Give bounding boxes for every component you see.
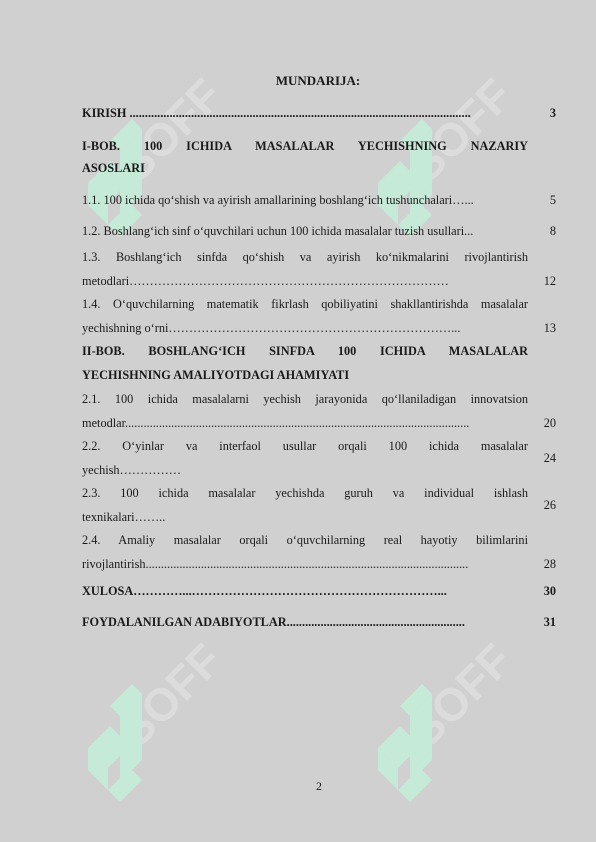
toc-entry-s2-1-line-2[interactable]: metodlar................................… — [82, 412, 528, 435]
toc-page-s1-3: 12 — [526, 274, 556, 289]
toc-entry-bob1-line-2[interactable]: ASOSLARI — [82, 157, 528, 180]
toc-entry-s1-4-line-1[interactable]: 1.4. O‘quvchilarning matematik fikrlash … — [82, 293, 528, 316]
toc-entry-s2-2-line-1[interactable]: 2.2. O‘yinlar va interfaol usullar orqal… — [82, 435, 528, 458]
toc-page-s2-1: 20 — [526, 416, 556, 431]
toc-entry-s1-3-line-1[interactable]: 1.3. Boshlang‘ich sinfda qo‘shish va ayi… — [82, 246, 528, 269]
toc-page-kirish: 3 — [526, 106, 556, 121]
toc-page-s2-2: 24 — [526, 451, 556, 466]
toc-entry-bob2-line-2[interactable]: YECHISHNING AMALIYOTDAGI AHAMIYATI — [82, 364, 528, 387]
toc-page-adabiyot: 31 — [526, 615, 556, 630]
toc-entry-s2-3-line-1[interactable]: 2.3. 100 ichida masalalar yechishda guru… — [82, 482, 528, 505]
toc-entry-s2-1-line-1[interactable]: 2.1. 100 ichida masalalarni yechish jara… — [82, 388, 528, 411]
toc-entry-s1-4-line-2[interactable]: yechishning o‘rni……………………………………………………………… — [82, 317, 528, 340]
toc-entry-s2-3-line-2[interactable]: texnikalari…….. — [82, 506, 528, 529]
toc-page-s2-3: 26 — [526, 498, 556, 513]
toc-entry-s1-2[interactable]: 1.2. Boshlang‘ich sinf o‘quvchilari uchu… — [82, 220, 528, 243]
toc-entry-xulosa[interactable]: XULOSA…………...……………………………………………………... — [82, 580, 528, 603]
toc-entry-s2-2-line-2[interactable]: yechish…………… — [82, 459, 528, 482]
toc-entry-kirish[interactable]: KIRISH .................................… — [82, 102, 528, 125]
toc-page-xulosa: 30 — [526, 584, 556, 599]
toc-entry-s1-3-line-2[interactable]: metodlari…………………………………………………………………… — [82, 270, 528, 293]
toc-page-s1-1: 5 — [526, 193, 556, 208]
toc-entry-adabiyot[interactable]: FOYDALANILGAN ADABIYOTLAR...............… — [82, 611, 528, 634]
toc-page-s1-4: 13 — [526, 321, 556, 336]
toc-page-s1-2: 8 — [526, 224, 556, 239]
toc-entry-s2-4-line-2[interactable]: rivojlantirish..........................… — [82, 553, 528, 576]
toc-entry-s1-1[interactable]: 1.1. 100 ichida qo‘shish va ayirish amal… — [82, 189, 528, 212]
toc-entry-s2-4-line-1[interactable]: 2.4. Amaliy masalalar orqali o‘quvchilar… — [82, 529, 528, 552]
svg-text:SOFF: SOFF — [398, 634, 522, 758]
svg-text:SOFF: SOFF — [108, 634, 232, 758]
toc-entry-bob2-line-1[interactable]: II-BOB. BOSHLANG‘ICH SINFDA 100 ICHIDA M… — [82, 340, 528, 363]
toc-page-s2-4: 28 — [526, 557, 556, 572]
toc-title: MUNDARIJA: — [0, 73, 596, 89]
page-number: 2 — [0, 779, 596, 794]
toc-entry-bob1-line-1[interactable]: I-BOB. 100 ICHIDA MASALALAR YECHISHNING … — [82, 135, 528, 158]
